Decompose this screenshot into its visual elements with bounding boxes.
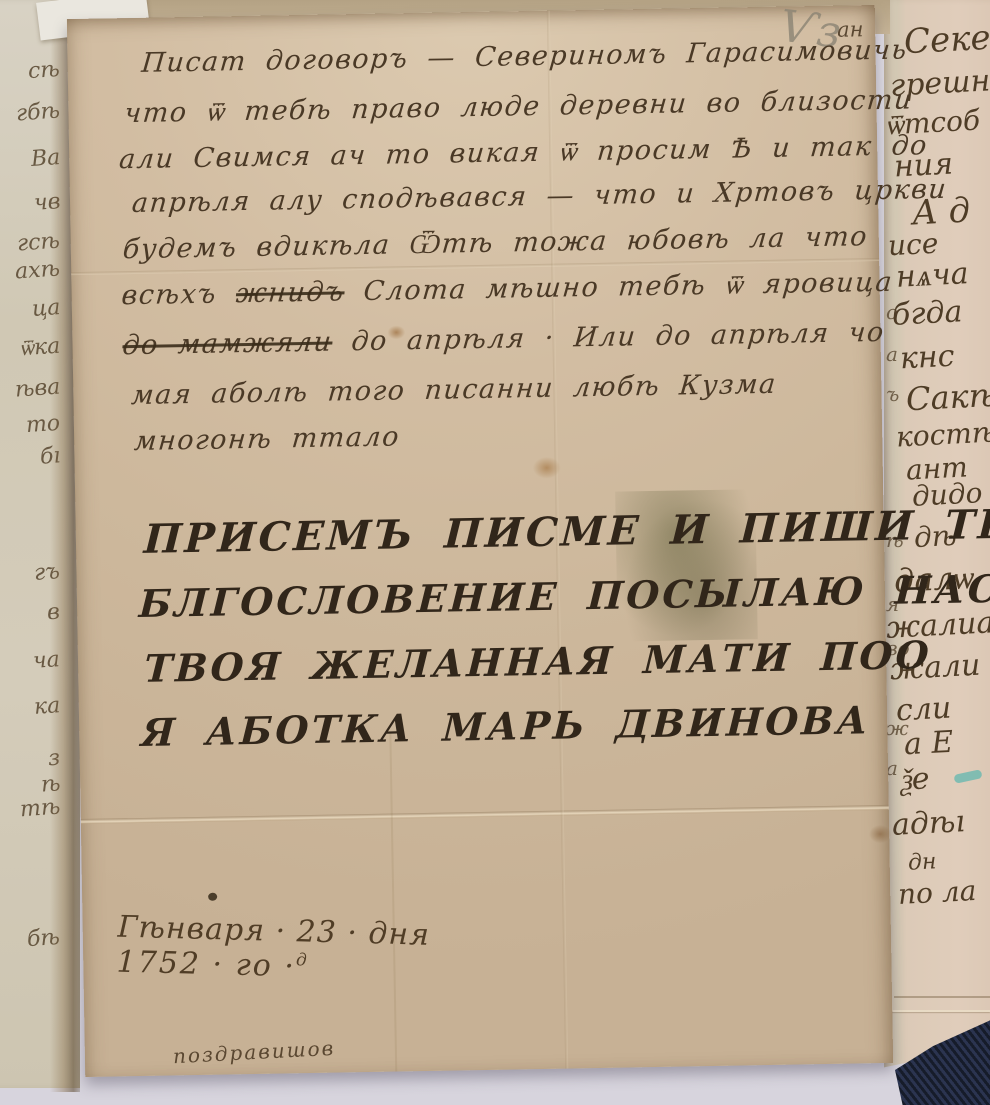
date-year-text: 1752 · го · — [116, 945, 296, 985]
manuscript-line: многонѣ ттало — [133, 421, 401, 457]
right-page-text-fragment: дн — [907, 849, 937, 875]
right-page-text-fragment: кнс — [899, 339, 955, 377]
fold-crease-horizontal — [81, 805, 889, 824]
line6-post: Слота мѣшно тебѣ ѿ яровица — [343, 267, 894, 308]
footer-note: поздравишов — [172, 1036, 335, 1068]
right-page-text-fragment: Сакѣ — [905, 376, 990, 419]
photograph-of-manuscript: сѣ гбѣ Ва чв гсѣ ахѣ ца ѿка ѣва то бı гъ… — [0, 0, 990, 1105]
right-page-text-fragment: по ла — [897, 874, 977, 911]
right-page-text-fragment: а Е — [903, 725, 954, 763]
manuscript-line-with-strikethrough: до мамжяли до апрѣля · Или до апрѣля чо — [121, 317, 886, 361]
right-page-text-fragment: костѣ — [895, 415, 990, 453]
big-text-line: ПРИСЕМЪ ПИСМЕ И ПИШИ ТЕВЕ — [143, 499, 990, 562]
manuscript-line: что ѿ тебѣ право люде деревни во близост… — [123, 84, 914, 129]
right-page-text-fragment: бгда — [891, 294, 963, 333]
line6-pre: всѣхъ — [120, 278, 237, 311]
manuscript-line-with-strikethrough: всѣхъ жнидъ Слота мѣшно тебѣ ѿ яровица — [120, 267, 894, 312]
right-page-text-fragment: адѣı — [891, 804, 966, 843]
right-page-text-fragment: ѯе — [899, 761, 930, 797]
big-text-line: БЛГОСЛОВЕНИЕ ПОСЫЛАЮ НАСЯ — [138, 565, 990, 626]
manuscript-line: апрѣля алу сподѣвався — что и Хртовъ црк… — [131, 174, 949, 219]
ink-blot — [208, 893, 217, 901]
rust-spot — [869, 825, 891, 843]
line7-struck-words: до мамжяли — [121, 327, 334, 362]
right-page-text-fragment: нѧча — [895, 256, 969, 295]
right-page-fold-crease — [894, 996, 990, 998]
manuscript-line: Писат договоръ — Севериномъ Гарасимовичь — [140, 34, 909, 78]
manuscript-line: али Свимся ач то викая ѿ просим Ѣ и так … — [118, 130, 929, 175]
right-page-edge-fragment: ъ — [886, 382, 899, 406]
right-page-fold-crease — [890, 1010, 990, 1012]
date-block: Гѣнваря · 23 · дня 1752 · го ·д — [116, 910, 430, 988]
fold-crease-vertical — [389, 734, 397, 1072]
line7-post: до апрѣля · Или до апрѣля чо — [331, 317, 886, 358]
manuscript-line: мая аболѣ того писанни любѣ Кузма — [130, 369, 778, 411]
right-page-edge-fragment: а — [886, 342, 898, 366]
date-superscript: д — [296, 950, 309, 970]
manuscript-line: будемъ вдикѣла Ѿтѣ тожа юбовѣ ла что — [122, 221, 870, 265]
right-page-text-fragment: сли — [895, 691, 952, 729]
main-page: Ѵз ан Писат договоръ — Севериномъ Гараси… — [67, 5, 893, 1077]
right-page-text-fragment: исе — [887, 227, 939, 263]
line6-struck-word: жнидъ — [235, 276, 346, 309]
big-text-line: ТВОЯ ЖЕЛАННАЯ МАТИ ПОО — [143, 632, 933, 691]
right-page: о а ъ ѣ я во ж а Секе грешн ѿтсоб — [884, 0, 990, 1105]
big-text-line: Я АБОТКА МАРЬ ДВИНОВА — [140, 697, 872, 755]
teal-pencil-mark — [953, 769, 982, 784]
right-page-text-fragment: Секе — [903, 18, 990, 62]
